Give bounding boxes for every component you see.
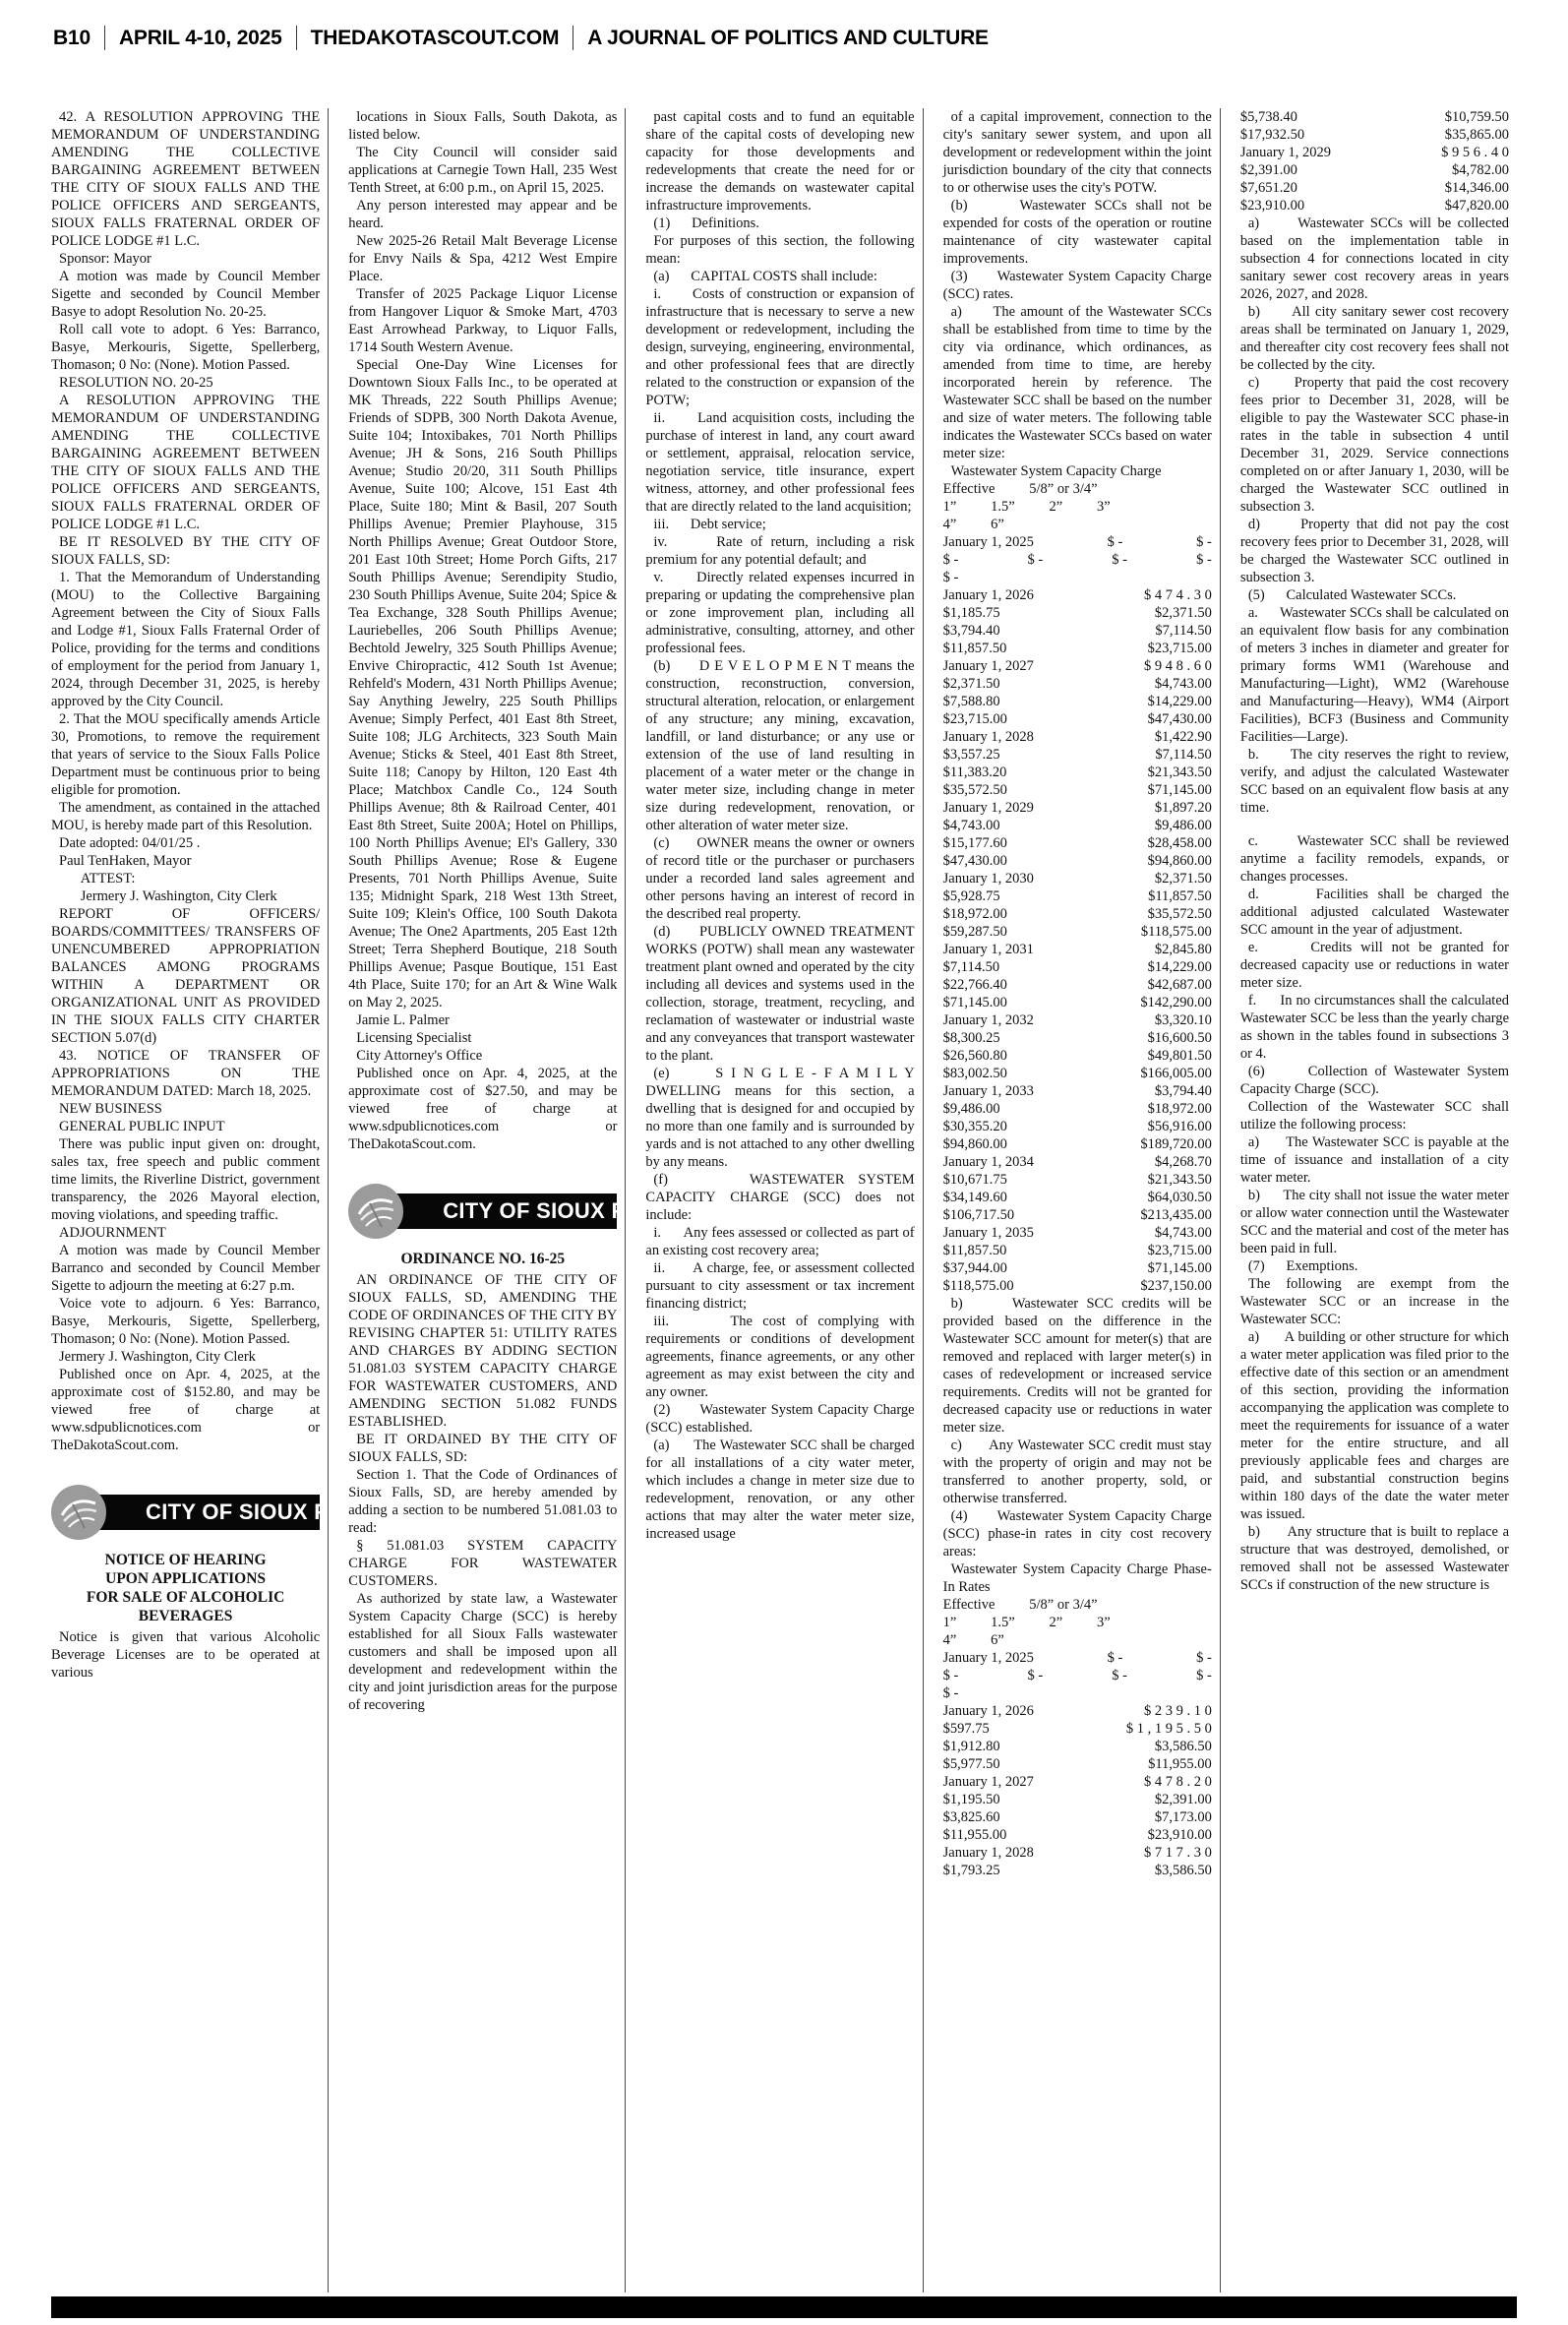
table-cell: $106,717.50	[943, 1206, 1015, 1224]
paragraph: (4) Wastewater System Capacity Charge (S…	[943, 1507, 1212, 1560]
table-row: $ -	[943, 569, 1212, 586]
table-row: $5,977.50$11,955.00	[943, 1755, 1212, 1773]
paragraph: (1) Definitions.	[645, 214, 914, 232]
table-cell: $ 9 5 6 . 4 0	[1441, 144, 1509, 161]
table-row: $1,195.50$2,391.00	[943, 1791, 1212, 1808]
table-cell: $47,430.00	[943, 852, 1007, 870]
table-cell: Effective	[943, 1596, 995, 1614]
paragraph: Wastewater System Capacity Charge Phase-…	[943, 1560, 1212, 1596]
table-cell: $23,715.00	[1148, 1242, 1212, 1259]
table-cell: January 1, 2032	[943, 1011, 1034, 1029]
table-cell: $7,588.80	[943, 693, 1000, 710]
paragraph: (b) D E V E L O P M E N T means the cons…	[645, 657, 914, 834]
table-cell: $64,030.50	[1148, 1189, 1212, 1206]
table-row: $11,955.00$23,910.00	[943, 1826, 1212, 1844]
table-cell: $14,229.00	[1148, 958, 1212, 976]
table-row: $7,651.20$14,346.00	[1240, 179, 1509, 197]
paragraph: d) Property that did not pay the cost re…	[1240, 516, 1509, 586]
header-divider	[573, 26, 573, 50]
table-row: $17,932.50$35,865.00	[1240, 126, 1509, 144]
table-cell: $2,845.80	[1155, 941, 1212, 958]
table-row: $23,715.00$47,430.00	[943, 710, 1212, 728]
paragraph: Published once on Apr. 4, 2025, at the a…	[348, 1065, 617, 1153]
paragraph: a) Wastewater SCCs will be collected bas…	[1240, 214, 1509, 303]
table-row: 1”1.5”2”3”	[943, 1614, 1212, 1631]
paragraph: i. Costs of construction or expansion of…	[645, 285, 914, 409]
paragraph: c. Wastewater SCC shall be reviewed anyt…	[1240, 832, 1509, 886]
paragraph: For purposes of this section, the follow…	[645, 232, 914, 268]
paragraph: Jermery J. Washington, City Clerk	[51, 1348, 320, 1366]
table-cell: $1,912.80	[943, 1738, 1000, 1755]
table-row: January 1, 2035$4,743.00	[943, 1224, 1212, 1242]
table-row: $7,114.50$14,229.00	[943, 958, 1212, 976]
table-row: $ -$ -$ -$ -	[943, 551, 1212, 569]
table-cell: $ -	[1196, 1667, 1212, 1684]
paragraph: The amendment, as contained in the attac…	[51, 799, 320, 834]
table-cell: $1,897.20	[1155, 799, 1212, 817]
paragraph: (d) PUBLICLY OWNED TREATMENT WORKS (POTW…	[645, 923, 914, 1065]
paragraph: (e) S I N G L E - F A M I L Y DWELLING m…	[645, 1065, 914, 1171]
paragraph: Jermery J. Washington, City Clerk	[51, 887, 320, 905]
table-cell: $3,794.40	[1155, 1082, 1212, 1100]
table-row: $11,857.50$23,715.00	[943, 1242, 1212, 1259]
table-row: $9,486.00$18,972.00	[943, 1100, 1212, 1118]
table-row: January 1, 2025$ -$ -	[943, 1649, 1212, 1667]
paragraph: (2) Wastewater System Capacity Charge (S…	[645, 1401, 914, 1437]
table-cell: $4,782.00	[1452, 161, 1509, 179]
paragraph: ATTEST:	[51, 870, 320, 887]
table-cell: $11,857.50	[943, 640, 1007, 657]
city-logo-icon	[348, 1184, 403, 1239]
paragraph: 43. NOTICE OF TRANSFER OF APPROPRIATIONS…	[51, 1047, 320, 1100]
column-4: of a capital improvement, connection to …	[923, 108, 1220, 2293]
table-cell: $9,486.00	[1155, 817, 1212, 834]
table-cell: $83,002.50	[943, 1065, 1007, 1082]
paragraph: b) Wastewater SCC credits will be provid…	[943, 1295, 1212, 1437]
city-banner: CITY OF SIOUX FALLS	[51, 1484, 320, 1541]
table-row: $23,910.00$47,820.00	[1240, 197, 1509, 214]
table-cell: 2”	[1049, 498, 1062, 516]
table-cell: $118,575.00	[943, 1277, 1014, 1295]
paragraph: RESOLUTION NO. 20-25	[51, 374, 320, 392]
table-cell: $ -	[943, 1667, 959, 1684]
paragraph: Date adopted: 04/01/25 .	[51, 834, 320, 852]
paragraph: Paul TenHaken, Mayor	[51, 852, 320, 870]
table-row: Effective5/8” or 3/4”	[943, 480, 1212, 498]
table-row: $4,743.00$9,486.00	[943, 817, 1212, 834]
table-row: 4”6”	[943, 516, 1212, 533]
column-1: 42. A RESOLUTION APPROVING THE MEMORANDU…	[51, 108, 328, 2293]
paragraph: (c) OWNER means the owner or owners of r…	[645, 834, 914, 923]
table-cell: $35,865.00	[1445, 126, 1509, 144]
paragraph: New 2025-26 Retail Malt Beverage License…	[348, 232, 617, 285]
table-cell: $11,857.50	[1148, 887, 1212, 905]
table-row: $ -$ -$ -$ -	[943, 1667, 1212, 1684]
paragraph: Notice is given that various Alcoholic B…	[51, 1628, 320, 1682]
table-row: $26,560.80$49,801.50	[943, 1047, 1212, 1065]
paragraph: Collection of the Wastewater SCC shall u…	[1240, 1098, 1509, 1133]
paragraph: a) The amount of the Wastewater SCCs sha…	[943, 303, 1212, 462]
city-logo-icon	[51, 1485, 106, 1540]
paragraph: iii. Debt service;	[645, 516, 914, 533]
table-cell: 1”	[943, 498, 957, 516]
table-cell: 4”	[943, 516, 957, 533]
paragraph: REPORT OF OFFICERS/ BOARDS/COMMITTEES/ T…	[51, 905, 320, 1047]
paragraph: A motion was made by Council Member Sige…	[51, 268, 320, 321]
table-row: $2,391.00$4,782.00	[1240, 161, 1509, 179]
paragraph: ii. A charge, fee, or assessment collect…	[645, 1259, 914, 1313]
table-cell: $ -	[1112, 551, 1127, 569]
table-cell: 4”	[943, 1631, 957, 1649]
table-row: January 1, 2034$4,268.70	[943, 1153, 1212, 1171]
table-cell: $237,150.00	[1140, 1277, 1212, 1295]
table-cell: $4,743.00	[943, 817, 1000, 834]
table-cell: 5/8” or 3/4”	[1029, 480, 1097, 498]
table-cell: $ 7 1 7 . 3 0	[1144, 1844, 1212, 1862]
paragraph: AN ORDINANCE OF THE CITY OF SIOUX FALLS,…	[348, 1271, 617, 1431]
table-cell: $11,955.00	[1148, 1755, 1212, 1773]
paragraph: BE IT RESOLVED BY THE CITY OF SIOUX FALL…	[51, 533, 320, 569]
column-2: locations in Sioux Falls, South Dakota, …	[328, 108, 625, 2293]
table-cell: $2,391.00	[1155, 1791, 1212, 1808]
banner-label: CITY OF SIOUX FALLS	[146, 1495, 328, 1530]
table-cell: $34,149.60	[943, 1189, 1007, 1206]
table-row: $3,557.25$7,114.50	[943, 746, 1212, 764]
table-cell: 1.5”	[991, 1614, 1015, 1631]
paragraph: c) Property that paid the cost recovery …	[1240, 374, 1509, 516]
paragraph: Special One-Day Wine Licenses for Downto…	[348, 356, 617, 1011]
column-5: $5,738.40$10,759.50$17,932.50$35,865.00J…	[1220, 108, 1517, 2293]
paragraph: iv. Rate of return, including a risk pre…	[645, 533, 914, 569]
table-cell: $23,910.00	[1148, 1826, 1212, 1844]
paragraph: (a) The Wastewater SCC shall be charged …	[645, 1437, 914, 1543]
paragraph: 42. A RESOLUTION APPROVING THE MEMORANDU…	[51, 108, 320, 250]
table-row: $59,287.50$118,575.00	[943, 923, 1212, 941]
table-cell: $42,687.00	[1148, 976, 1212, 994]
paragraph: (3) Wastewater System Capacity Charge (S…	[943, 268, 1212, 303]
paragraph: v. Directly related expenses incurred in…	[645, 569, 914, 657]
table-cell: January 1, 2035	[943, 1224, 1034, 1242]
table-cell: $23,715.00	[943, 710, 1007, 728]
paragraph: City Attorney's Office	[348, 1047, 617, 1065]
paragraph: (b) Wastewater SCCs shall not be expende…	[943, 197, 1212, 268]
paragraph: d. Facilities shall be charged the addit…	[1240, 886, 1509, 939]
paragraph: ADJOURNMENT	[51, 1224, 320, 1242]
table-cell: $166,005.00	[1140, 1065, 1212, 1082]
table-cell: January 1, 2031	[943, 941, 1034, 958]
table-row: January 1, 2026$ 2 3 9 . 1 0	[943, 1702, 1212, 1720]
table-cell: $1,195.50	[943, 1791, 1000, 1808]
table-row: 1”1.5”2”3”	[943, 498, 1212, 516]
section-heading: NOTICE OF HEARING UPON APPLICATIONS FOR …	[51, 1551, 320, 1625]
table-cell: $21,343.50	[1148, 1171, 1212, 1189]
table-cell: $7,651.20	[1240, 179, 1297, 197]
table-cell: 5/8” or 3/4”	[1029, 1596, 1097, 1614]
table-cell: 3”	[1097, 498, 1111, 516]
table-cell: $ -	[1196, 551, 1212, 569]
table-cell: $11,383.20	[943, 764, 1007, 781]
table-cell: $ 9 4 8 . 6 0	[1144, 657, 1212, 675]
table-cell: $10,671.75	[943, 1171, 1007, 1189]
paragraph: Jamie L. Palmer	[348, 1011, 617, 1029]
table-cell: January 1, 2028	[943, 728, 1034, 746]
paragraph: There was public input given on: drought…	[51, 1135, 320, 1224]
table-cell: $15,177.60	[943, 834, 1007, 852]
paragraph: c) Any Wastewater SCC credit must stay w…	[943, 1437, 1212, 1507]
table-cell: $3,586.50	[1155, 1738, 1212, 1755]
page-header: B10 APRIL 4-10, 2025 THEDAKOTASCOUT.COM …	[53, 26, 989, 50]
table-cell: $94,860.00	[1148, 852, 1212, 870]
table-cell: $35,572.50	[1148, 905, 1212, 923]
table-cell: January 1, 2034	[943, 1153, 1034, 1171]
table-row: $106,717.50$213,435.00	[943, 1206, 1212, 1224]
spacer	[51, 1454, 320, 1468]
paragraph: i. Any fees assessed or collected as par…	[645, 1224, 914, 1259]
paragraph: iii. The cost of complying with requirem…	[645, 1313, 914, 1401]
table-row: January 1, 2028$ 7 1 7 . 3 0	[943, 1844, 1212, 1862]
table-cell: $ 1 , 1 9 5 . 5 0	[1126, 1720, 1212, 1738]
paragraph: Section 1. That the Code of Ordinances o…	[348, 1466, 617, 1537]
header-divider	[104, 26, 105, 50]
table-cell: $37,944.00	[943, 1259, 1007, 1277]
paragraph: Roll call vote to adopt. 6 Yes: Barranco…	[51, 321, 320, 374]
table-cell: $59,287.50	[943, 923, 1007, 941]
table-cell: January 1, 2033	[943, 1082, 1034, 1100]
paragraph: b) Any structure that is built to replac…	[1240, 1523, 1509, 1594]
table-cell: $23,715.00	[1148, 640, 1212, 657]
table-row: $18,972.00$35,572.50	[943, 905, 1212, 923]
table-row: $7,588.80$14,229.00	[943, 693, 1212, 710]
table-row: $71,145.00$142,290.00	[943, 994, 1212, 1011]
paragraph: Published once on Apr. 4, 2025, at the a…	[51, 1366, 320, 1454]
table-cell: $26,560.80	[943, 1047, 1007, 1065]
table-cell: $4,743.00	[1155, 675, 1212, 693]
paragraph: (a) CAPITAL COSTS shall include:	[645, 268, 914, 285]
table-row: $11,383.20$21,343.50	[943, 764, 1212, 781]
table-cell: $ -	[1196, 533, 1212, 551]
paragraph: b) All city sanitary sewer cost recovery…	[1240, 303, 1509, 374]
paragraph: a) The Wastewater SCC is payable at the …	[1240, 1133, 1509, 1187]
table-row: January 1, 2027$ 9 4 8 . 6 0	[943, 657, 1212, 675]
table-row: $10,671.75$21,343.50	[943, 1171, 1212, 1189]
paragraph: Voice vote to adjourn. 6 Yes: Barranco, …	[51, 1295, 320, 1348]
table-cell: $71,145.00	[943, 994, 1007, 1011]
table-cell: January 1, 2029	[943, 799, 1034, 817]
table-cell: $71,145.00	[1148, 1259, 1212, 1277]
table-cell: $11,955.00	[943, 1826, 1007, 1844]
page-number: B10	[53, 27, 90, 50]
table-row: $118,575.00$237,150.00	[943, 1277, 1212, 1295]
table-cell: $22,766.40	[943, 976, 1007, 994]
table-cell: $ -	[1027, 551, 1043, 569]
paragraph: past capital costs and to fund an equita…	[645, 108, 914, 214]
tagline: A JOURNAL OF POLITICS AND CULTURE	[587, 27, 989, 50]
table-row: $597.75$ 1 , 1 9 5 . 5 0	[943, 1720, 1212, 1738]
paragraph: The City Council will consider said appl…	[348, 144, 617, 197]
spacer	[1240, 817, 1509, 832]
table-cell: $3,794.40	[943, 622, 1000, 640]
table-cell: $4,743.00	[1155, 1224, 1212, 1242]
table-cell: $ 2 3 9 . 1 0	[1144, 1702, 1212, 1720]
table-cell: $11,857.50	[943, 1242, 1007, 1259]
table-row: $94,860.00$189,720.00	[943, 1135, 1212, 1153]
table-cell: $142,290.00	[1140, 994, 1212, 1011]
table-cell: $ -	[943, 569, 959, 586]
table-cell: $5,738.40	[1240, 108, 1297, 126]
paragraph: b. The city reserves the right to review…	[1240, 746, 1509, 817]
paragraph: Licensing Specialist	[348, 1029, 617, 1047]
table-row: $83,002.50$166,005.00	[943, 1065, 1212, 1082]
table-cell: $18,972.00	[943, 905, 1007, 923]
paragraph: NEW BUSINESS	[51, 1100, 320, 1118]
table-cell: $3,586.50	[1155, 1862, 1212, 1879]
paragraph: 1. That the Memorandum of Understanding …	[51, 569, 320, 710]
table-cell: $1,422.90	[1155, 728, 1212, 746]
table-cell: January 1, 2026	[943, 586, 1034, 604]
table-cell: $7,114.50	[1155, 622, 1211, 640]
table-cell: $ 4 7 4 . 3 0	[1144, 586, 1212, 604]
table-cell: January 1, 2025	[943, 1649, 1034, 1667]
table-row: $35,572.50$71,145.00	[943, 781, 1212, 799]
table-row: $5,738.40$10,759.50	[1240, 108, 1509, 126]
paragraph: GENERAL PUBLIC INPUT	[51, 1118, 320, 1135]
table-row: $37,944.00$71,145.00	[943, 1259, 1212, 1277]
table-row: $11,857.50$23,715.00	[943, 640, 1212, 657]
site-url: THEDAKOTASCOUT.COM	[311, 27, 560, 50]
table-cell: $7,114.50	[1155, 746, 1211, 764]
table-row: $47,430.00$94,860.00	[943, 852, 1212, 870]
paragraph: Transfer of 2025 Package Liquor License …	[348, 285, 617, 356]
paragraph: A RESOLUTION APPROVING THE MEMORANDUM OF…	[51, 392, 320, 533]
table-row: January 1, 2028$1,422.90	[943, 728, 1212, 746]
table-cell: $8,300.25	[943, 1029, 1000, 1047]
column-3: past capital costs and to fund an equita…	[625, 108, 922, 2293]
paragraph: A motion was made by Council Member Barr…	[51, 1242, 320, 1295]
table-cell: $2,371.50	[943, 675, 1000, 693]
table-row: January 1, 2027$ 4 7 8 . 2 0	[943, 1773, 1212, 1791]
table-cell: $118,575.00	[1141, 923, 1212, 941]
table-cell: $ 4 7 8 . 2 0	[1144, 1773, 1212, 1791]
bottom-rule	[51, 2296, 1517, 2318]
city-banner: CITY OF SIOUX FALLS	[348, 1183, 617, 1240]
paragraph: a) A building or other structure for whi…	[1240, 1328, 1509, 1523]
table-cell: $17,932.50	[1240, 126, 1304, 144]
paragraph: a. Wastewater SCCs shall be calculated o…	[1240, 604, 1509, 746]
table-cell: $1,185.75	[943, 604, 1000, 622]
table-cell: $ -	[1027, 1667, 1043, 1684]
table-cell: $47,430.00	[1148, 710, 1212, 728]
paragraph: e. Credits will not be granted for decre…	[1240, 939, 1509, 992]
table-cell: January 1, 2025	[943, 533, 1034, 551]
table-cell: $ -	[943, 551, 959, 569]
table-cell: 1”	[943, 1614, 957, 1631]
table-cell: $2,371.50	[1155, 604, 1212, 622]
table-cell: $2,371.50	[1155, 870, 1212, 887]
header-divider	[296, 26, 297, 50]
paragraph: Any person interested may appear and be …	[348, 197, 617, 232]
table-cell: $16,600.50	[1148, 1029, 1212, 1047]
table-cell: $23,910.00	[1240, 197, 1304, 214]
table-row: January 1, 2031$2,845.80	[943, 941, 1212, 958]
table-row: $30,355.20$56,916.00	[943, 1118, 1212, 1135]
issue-date: APRIL 4-10, 2025	[119, 27, 282, 50]
table-cell: $213,435.00	[1140, 1206, 1212, 1224]
table-cell: $21,343.50	[1148, 764, 1212, 781]
table-cell: January 1, 2030	[943, 870, 1034, 887]
table-cell: $597.75	[943, 1720, 990, 1738]
paragraph: 2. That the MOU specifically amends Arti…	[51, 710, 320, 799]
section-heading: ORDINANCE NO. 16-25	[348, 1250, 617, 1268]
table-cell: 6”	[991, 1631, 1004, 1649]
paragraph: Sponsor: Mayor	[51, 250, 320, 268]
table-row: $8,300.25$16,600.50	[943, 1029, 1212, 1047]
table-cell: $47,820.00	[1445, 197, 1509, 214]
table-cell: $189,720.00	[1140, 1135, 1212, 1153]
table-cell: $1,793.25	[943, 1862, 1000, 1879]
notice-columns: 42. A RESOLUTION APPROVING THE MEMORANDU…	[51, 108, 1517, 2293]
table-row: Effective5/8” or 3/4”	[943, 1596, 1212, 1614]
table-row: $34,149.60$64,030.50	[943, 1189, 1212, 1206]
table-cell: $9,486.00	[943, 1100, 1000, 1118]
table-row: $22,766.40$42,687.00	[943, 976, 1212, 994]
paragraph: of a capital improvement, connection to …	[943, 108, 1212, 197]
table-row: $3,825.60$7,173.00	[943, 1808, 1212, 1826]
table-cell: 3”	[1097, 1614, 1111, 1631]
table-row: January 1, 2029$ 9 5 6 . 4 0	[1240, 144, 1509, 161]
table-cell: $5,977.50	[943, 1755, 1000, 1773]
table-cell: $18,972.00	[1148, 1100, 1212, 1118]
table-row: January 1, 2026$ 4 7 4 . 3 0	[943, 586, 1212, 604]
table-cell: 6”	[991, 516, 1004, 533]
table-cell: $ -	[1108, 1649, 1123, 1667]
paragraph: (f) WASTEWATER SYSTEM CAPACITY CHARGE (S…	[645, 1171, 914, 1224]
table-cell: 2”	[1049, 1614, 1062, 1631]
paragraph: BE IT ORDAINED BY THE CITY OF SIOUX FALL…	[348, 1431, 617, 1466]
paragraph: § 51.081.03 SYSTEM CAPACITY CHARGE FOR W…	[348, 1537, 617, 1590]
table-cell: $ -	[1108, 533, 1123, 551]
table-row: $15,177.60$28,458.00	[943, 834, 1212, 852]
table-cell: $4,268.70	[1155, 1153, 1212, 1171]
table-row: January 1, 2030$2,371.50	[943, 870, 1212, 887]
paragraph: Wastewater System Capacity Charge	[943, 462, 1212, 480]
table-cell: 1.5”	[991, 498, 1015, 516]
paragraph: The following are exempt from the Wastew…	[1240, 1275, 1509, 1328]
table-row: $1,793.25$3,586.50	[943, 1862, 1212, 1879]
table-row: January 1, 2025$ -$ -	[943, 533, 1212, 551]
table-row: $3,794.40$7,114.50	[943, 622, 1212, 640]
paragraph: ii. Land acquisition costs, including th…	[645, 409, 914, 516]
table-cell: $49,801.50	[1148, 1047, 1212, 1065]
table-row: $1,185.75$2,371.50	[943, 604, 1212, 622]
table-row: January 1, 2032$3,320.10	[943, 1011, 1212, 1029]
table-cell: $5,928.75	[943, 887, 1000, 905]
table-cell: $14,346.00	[1445, 179, 1509, 197]
spacer	[348, 1153, 617, 1167]
table-row: $1,912.80$3,586.50	[943, 1738, 1212, 1755]
table-row: January 1, 2029$1,897.20	[943, 799, 1212, 817]
table-row: $2,371.50$4,743.00	[943, 675, 1212, 693]
table-cell: $ -	[943, 1684, 959, 1702]
table-row: $ -	[943, 1684, 1212, 1702]
table-cell: Effective	[943, 480, 995, 498]
banner-label: CITY OF SIOUX FALLS	[443, 1193, 625, 1229]
table-row: $5,928.75$11,857.50	[943, 887, 1212, 905]
paragraph: (5) Calculated Wastewater SCCs.	[1240, 586, 1509, 604]
paragraph: (7) Exemptions.	[1240, 1257, 1509, 1275]
table-row: 4”6”	[943, 1631, 1212, 1649]
paragraph: b) The city shall not issue the water me…	[1240, 1187, 1509, 1257]
table-cell: $10,759.50	[1445, 108, 1509, 126]
